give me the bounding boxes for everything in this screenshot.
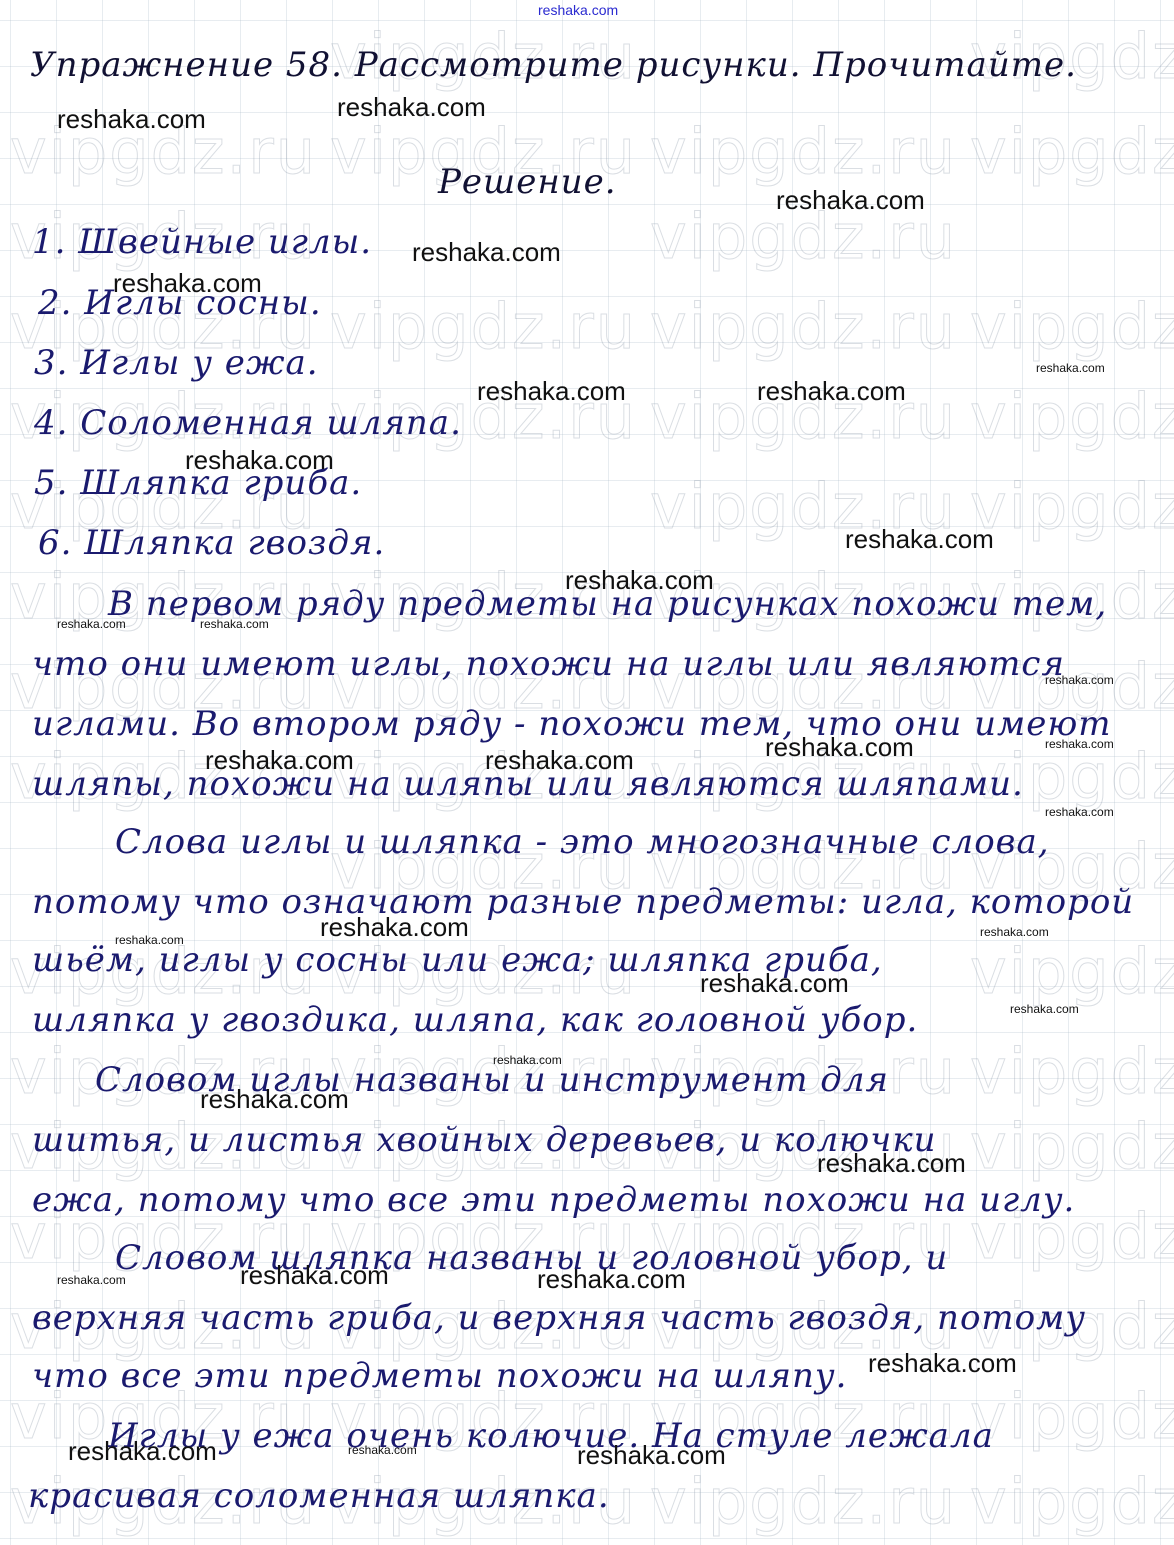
solution-heading: Решение. [438, 162, 617, 202]
reshaka-watermark: reshaka.com [57, 104, 206, 135]
text-line: что они имеют иглы, похожи на иглы или я… [32, 644, 1065, 684]
list-item: 4. Соломенная шляпа. [34, 403, 462, 443]
reshaka-watermark: reshaka.com [57, 617, 126, 631]
reshaka-watermark: reshaka.com [200, 617, 269, 631]
reshaka-watermark: reshaka.com [412, 237, 561, 268]
list-item: 1. Швейные иглы. [32, 222, 372, 262]
reshaka-watermark: reshaka.com [477, 376, 626, 407]
reshaka-watermark: reshaka.com [1045, 805, 1114, 819]
text-line: красивая соломенная шляпка. [28, 1476, 610, 1516]
exercise-title: Упражнение 58. Рассмотрите рисунки. Проч… [30, 45, 1077, 85]
reshaka-watermark: reshaka.com [493, 1053, 562, 1067]
reshaka-watermark: reshaka.com [1045, 737, 1114, 751]
reshaka-watermark: reshaka.com [485, 745, 634, 776]
list-item: 3. Иглы у ежа. [34, 343, 319, 383]
reshaka-watermark: reshaka.com [320, 912, 469, 943]
text-line: иглами. Во втором ряду - похожи тем, что… [32, 704, 1112, 744]
reshaka-watermark: reshaka.com [57, 1273, 126, 1287]
reshaka-watermark: reshaka.com [115, 933, 184, 947]
reshaka-watermark: reshaka.com [757, 376, 906, 407]
reshaka-watermark: reshaka.com [348, 1443, 417, 1457]
reshaka-watermark: reshaka.com [700, 968, 849, 999]
reshaka-watermark: reshaka.com [776, 185, 925, 216]
list-item: 6. Шляпка гвоздя. [38, 523, 385, 563]
reshaka-watermark: reshaka.com [577, 1440, 726, 1471]
reshaka-watermark: reshaka.com [113, 268, 262, 299]
reshaka-watermark: reshaka.com [537, 1264, 686, 1295]
reshaka-watermark: reshaka.com [185, 445, 334, 476]
text-line: шляпка у гвоздика, шляпа, как головной у… [32, 1000, 918, 1040]
reshaka-watermark: reshaka.com [565, 565, 714, 596]
reshaka-watermark: reshaka.com [868, 1348, 1017, 1379]
reshaka-watermark: reshaka.com [200, 1084, 349, 1115]
text-line: Иглы у ежа очень колючие. На стуле лежал… [108, 1416, 994, 1456]
text-line: потому что означают разные предметы: игл… [32, 882, 1134, 922]
header-watermark: reshaka.com [538, 2, 618, 18]
reshaka-watermark: reshaka.com [980, 925, 1049, 939]
reshaka-watermark: reshaka.com [205, 745, 354, 776]
text-line: Слова иглы и шляпка - это многозначные с… [115, 822, 1050, 862]
reshaka-watermark: reshaka.com [337, 92, 486, 123]
reshaka-watermark: reshaka.com [817, 1148, 966, 1179]
text-line: ежа, потому что все эти предметы похожи … [32, 1180, 1075, 1220]
reshaka-watermark: reshaka.com [1036, 361, 1105, 375]
text-line: шитья, и листья хвойных деревьев, и колю… [32, 1120, 937, 1160]
text-line: что все эти предметы похожи на шляпу. [32, 1356, 847, 1396]
reshaka-watermark: reshaka.com [1045, 673, 1114, 687]
reshaka-watermark: reshaka.com [1010, 1002, 1079, 1016]
reshaka-watermark: reshaka.com [240, 1260, 389, 1291]
reshaka-watermark: reshaka.com [68, 1436, 217, 1467]
reshaka-watermark: reshaka.com [765, 732, 914, 763]
reshaka-watermark: reshaka.com [845, 524, 994, 555]
text-line: верхняя часть гриба, и верхняя часть гво… [32, 1298, 1086, 1338]
